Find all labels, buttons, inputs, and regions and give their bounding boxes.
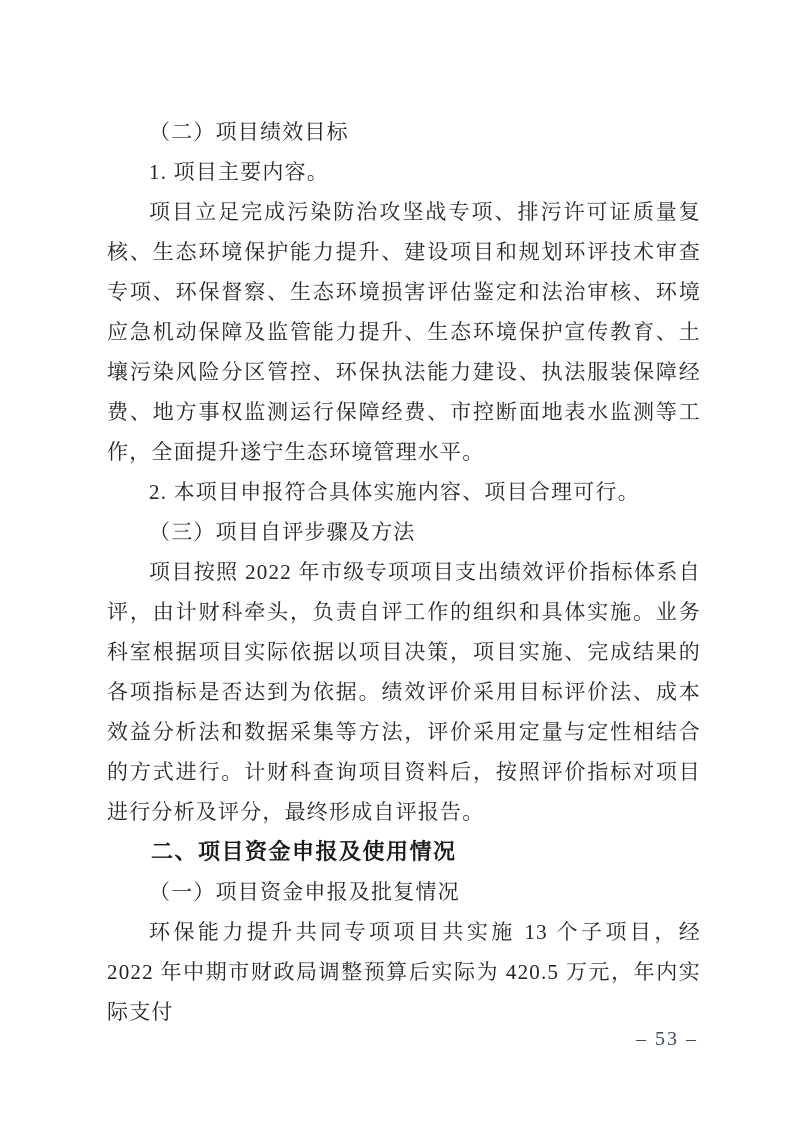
section-subheading-1: （一）项目资金申报及批复情况 xyxy=(107,872,701,912)
numbered-item-1: 1. 项目主要内容。 xyxy=(107,152,701,192)
page-number: – 53 – xyxy=(636,1028,698,1051)
section-subheading-3: （三）项目自评步骤及方法 xyxy=(107,512,701,552)
document-content: （二）项目绩效目标 1. 项目主要内容。 项目立足完成污染防治攻坚战专项、排污许… xyxy=(107,112,701,1032)
body-paragraph: 环保能力提升共同专项项目共实施 13 个子项目，经 2022 年中期市财政局调整… xyxy=(107,912,701,1032)
body-paragraph: 项目立足完成污染防治攻坚战专项、排污许可证质量复核、生态环境保护能力提升、建设项… xyxy=(107,192,701,472)
section-subheading-2: （二）项目绩效目标 xyxy=(107,112,701,152)
document-page: （二）项目绩效目标 1. 项目主要内容。 项目立足完成污染防治攻坚战专项、排污许… xyxy=(0,0,793,1122)
body-paragraph: 项目按照 2022 年市级专项项目支出绩效评价指标体系自评，由计财科牵头，负责自… xyxy=(107,552,701,832)
numbered-item-2: 2. 本项目申报符合具体实施内容、项目合理可行。 xyxy=(107,472,701,512)
chapter-heading-2: 二、项目资金申报及使用情况 xyxy=(107,832,701,872)
